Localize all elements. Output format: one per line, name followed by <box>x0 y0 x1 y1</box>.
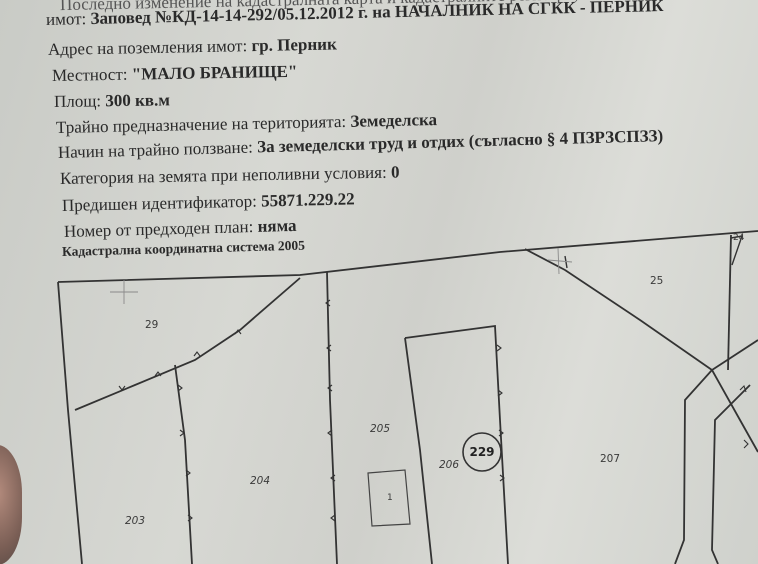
highlighted-parcel-number: 229 <box>469 445 494 459</box>
parcel-label-29: 29 <box>145 319 158 331</box>
parcel-label-203: 203 <box>125 515 145 527</box>
cadastral-sketch-document: Последно изменение на кадастралната карт… <box>0 0 758 564</box>
cadastral-map: 229 29 25 24 203 204 205 206 207 1 <box>0 0 758 564</box>
parcel-label-204: 204 <box>250 475 270 487</box>
parcel-label-205: 205 <box>370 423 390 435</box>
parcel-label-206: 206 <box>439 459 459 471</box>
parcel-label-207: 207 <box>600 453 620 465</box>
parcel-label-24: 24 <box>733 233 745 243</box>
parcel-label-25: 25 <box>650 275 663 287</box>
map-frame-left <box>58 282 82 564</box>
building-label-1: 1 <box>387 493 393 503</box>
